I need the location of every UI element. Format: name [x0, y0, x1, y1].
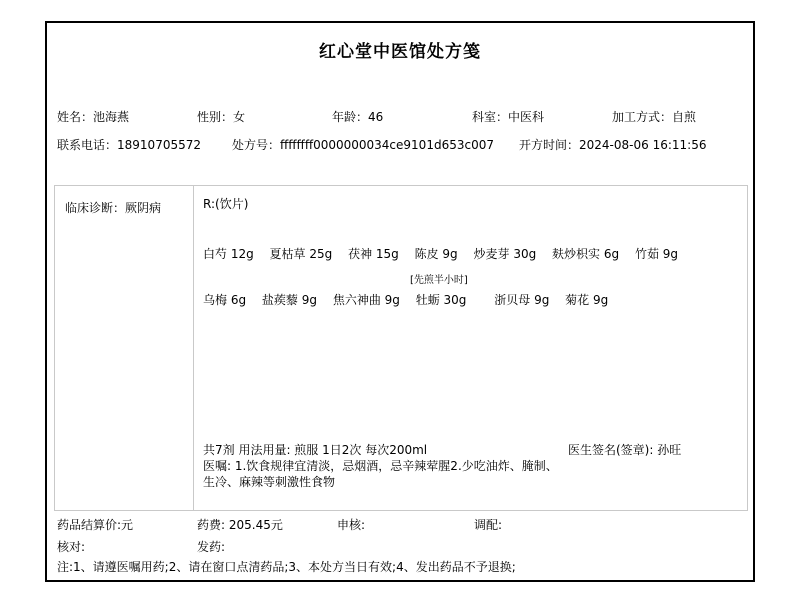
doctor-advice-line-2: 生冷、麻辣等刺激性食物	[203, 475, 335, 489]
issue-time-label: 开方时间：	[519, 138, 579, 152]
herb-item: 竹茹 9g	[635, 247, 678, 261]
phone-label: 联系电话：	[57, 138, 117, 152]
herb-item: 盐蒺藜 9g	[262, 293, 317, 307]
processing-method-label: 加工方式：	[612, 110, 672, 124]
herb-item: 浙贝母 9g	[494, 293, 549, 307]
footer-note: 注:1、请遵医嘱用药;2、请在窗口点清药品;3、本处方当日有效;4、发出药品不予…	[57, 560, 516, 574]
usage-field: 共7剂 用法用量: 煎服 1日2次 每次200ml	[203, 443, 427, 457]
settlement-price-field: 药品结算价:元	[57, 518, 133, 532]
herb-item: 乌梅 6g	[203, 293, 246, 307]
medicine-fee-value: 205.45元	[229, 518, 283, 532]
diagnosis-value: 厥阴病	[125, 201, 161, 215]
herb-item: 炒麦芽 30g	[474, 247, 537, 261]
settlement-price-value: 元	[121, 518, 133, 532]
prescription-sheet: 红心堂中医馆处方笺 姓名：池海燕 性别：女 年龄：46 科室：中医科 加工方式：…	[45, 21, 755, 582]
patient-age-value: 46	[368, 110, 383, 124]
doctor-signature-value: 孙旺	[657, 443, 681, 457]
issue-time-field: 开方时间：2024-08-06 16:11:56	[519, 138, 706, 152]
doctor-signature-label: 医生签名(签章):	[568, 443, 657, 457]
dispense-field: 发药:	[197, 540, 225, 554]
herb-item: 茯神 15g	[348, 247, 399, 261]
herb-item: 菊花 9g	[565, 293, 608, 307]
patient-name-field: 姓名：池海燕	[57, 110, 129, 124]
prepare-field: 调配:	[474, 518, 502, 532]
patient-age-field: 年龄：46	[332, 110, 383, 124]
patient-name-value: 池海燕	[93, 110, 129, 124]
prescription-box: 临床诊断：厥阴病 R:(饮片) 白芍 12g 夏枯草 25g 茯神 15g 陈皮…	[54, 185, 748, 511]
diagnosis-label: 临床诊断：	[65, 201, 125, 215]
patient-age-label: 年龄：	[332, 110, 368, 124]
patient-dept-label: 科室：	[472, 110, 508, 124]
herb-item: 陈皮 9g	[415, 247, 458, 261]
patient-name-label: 姓名：	[57, 110, 93, 124]
prescription-page: 红心堂中医馆处方笺 姓名：池海燕 性别：女 年龄：46 科室：中医科 加工方式：…	[0, 0, 800, 600]
issue-time-value: 2024-08-06 16:11:56	[579, 138, 706, 152]
check-field: 核对:	[57, 540, 85, 554]
patient-dept-field: 科室：中医科	[472, 110, 544, 124]
decoct-first-note: [先煎半小时]	[410, 274, 468, 288]
patient-dept-value: 中医科	[508, 110, 544, 124]
patient-gender-label: 性别：	[197, 110, 233, 124]
herb-item: 牡蛎 30g	[416, 293, 467, 307]
processing-method-field: 加工方式：自煎	[612, 110, 696, 124]
settlement-price-label: 药品结算价:	[57, 518, 121, 532]
phone-field: 联系电话：18910705572	[57, 138, 201, 152]
patient-gender-value: 女	[233, 110, 245, 124]
processing-method-value: 自煎	[672, 110, 696, 124]
herb-item: 焦六神曲 9g	[333, 293, 400, 307]
doctor-signature-field: 医生签名(签章): 孙旺	[568, 443, 681, 457]
rx-header: R:(饮片)	[203, 197, 248, 211]
herb-line-1: 白芍 12g 夏枯草 25g 茯神 15g 陈皮 9g 炒麦芽 30g 麸炒枳实…	[203, 247, 690, 261]
rx-number-value: ffffffff0000000034ce9101d653c007	[280, 138, 494, 152]
diagnosis-cell: 临床诊断：厥阴病	[55, 186, 194, 510]
page-title: 红心堂中医馆处方笺	[47, 37, 753, 62]
medicine-fee-label: 药费:	[197, 518, 229, 532]
herb-item: 夏枯草 25g	[270, 247, 333, 261]
herb-item: 麸炒枳实 6g	[552, 247, 619, 261]
medicine-fee-field: 药费: 205.45元	[197, 518, 283, 532]
herb-line-2: 乌梅 6g 盐蒺藜 9g 焦六神曲 9g 牡蛎 30g 浙贝母 9g 菊花 9g	[203, 293, 620, 307]
patient-gender-field: 性别：女	[197, 110, 245, 124]
review-field: 申核:	[337, 518, 365, 532]
doctor-advice-line-1: 医嘱: 1.饮食规律宜清淡，忌烟酒，忌辛辣荤腥2.少吃油炸、腌制、	[203, 459, 558, 473]
herb-item: 白芍 12g	[203, 247, 254, 261]
phone-value: 18910705572	[117, 138, 201, 152]
diagnosis-field: 临床诊断：厥阴病	[65, 199, 161, 216]
rx-number-field: 处方号：ffffffff0000000034ce9101d653c007	[232, 138, 494, 152]
rx-number-label: 处方号：	[232, 138, 280, 152]
